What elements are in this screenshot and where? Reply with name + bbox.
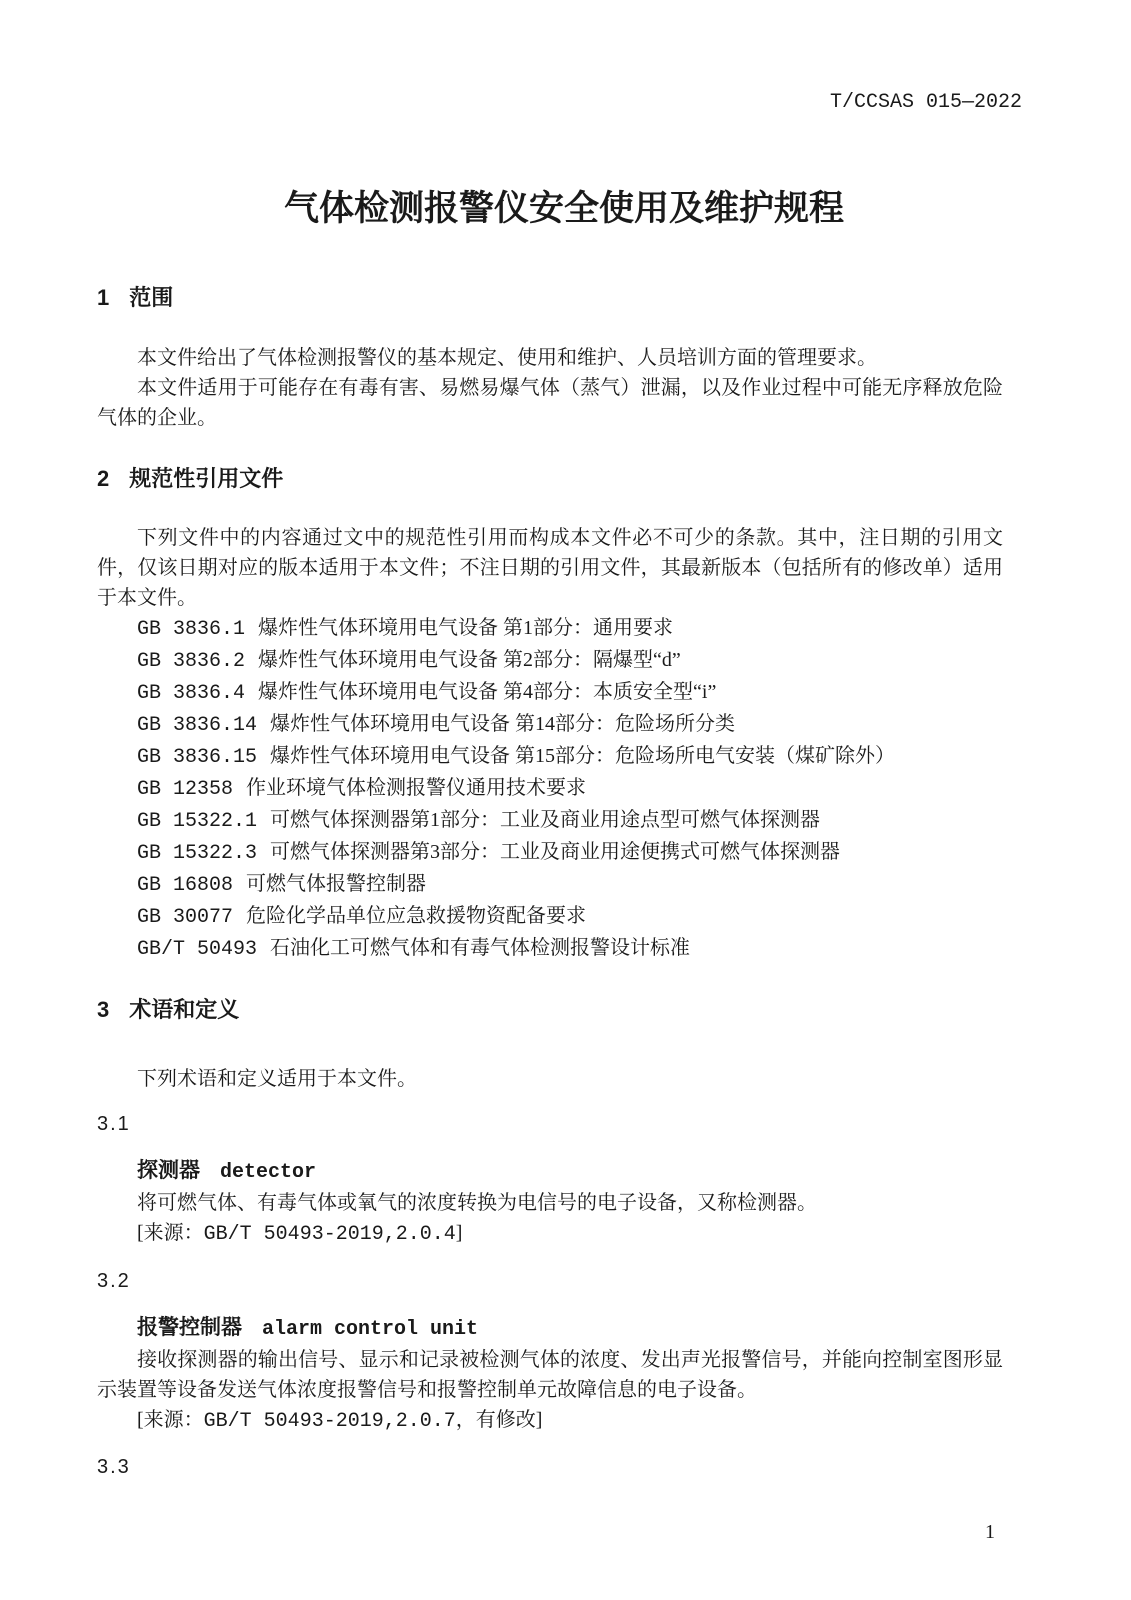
references-list: GB 3836.1爆炸性气体环境用电气设备 第1部分：通用要求 GB 3836.… bbox=[97, 613, 1003, 965]
reference-title: 爆炸性气体环境用电气设备 第4部分：本质安全型“i” bbox=[258, 681, 716, 703]
term-en: detector bbox=[220, 1161, 316, 1184]
reference-code: GB 12358 bbox=[137, 778, 233, 801]
term-definition: 将可燃气体、有毒气体或氧气的浓度转换为电信号的电子设备，又称检测器。 bbox=[97, 1188, 1003, 1218]
document-page: T/CCSAS 015—2022 气体检测报警仪安全使用及维护规程 1范围 本文… bbox=[0, 0, 1131, 1600]
page-number: 1 bbox=[97, 1517, 995, 1547]
reference-code: GB 3836.4 bbox=[137, 682, 245, 705]
term-source: [来源：GB/T 50493-2019,2.0.7，有修改] bbox=[97, 1405, 1003, 1437]
section-heading-normative-references: 2规范性引用文件 bbox=[97, 465, 1003, 493]
section-title: 术语和定义 bbox=[129, 997, 239, 1022]
reference-code: GB 3836.1 bbox=[137, 618, 245, 641]
clause-number: 3.2 bbox=[97, 1266, 1003, 1296]
reference-item: GB 12358作业环境气体检测报警仪通用技术要求 bbox=[97, 773, 1003, 805]
reference-item: GB 3836.14爆炸性气体环境用电气设备 第14部分：危险场所分类 bbox=[97, 709, 1003, 741]
reference-item: GB 3836.4爆炸性气体环境用电气设备 第4部分：本质安全型“i” bbox=[97, 677, 1003, 709]
reference-code: GB/T 50493 bbox=[137, 938, 257, 961]
reference-item: GB 3836.15爆炸性气体环境用电气设备 第15部分：危险场所电气安装（煤矿… bbox=[97, 741, 1003, 773]
reference-title: 可燃气体报警控制器 bbox=[246, 873, 426, 895]
section-heading-scope: 1范围 bbox=[97, 284, 1003, 312]
section-number: 3 bbox=[97, 996, 109, 1024]
reference-item: GB 15322.1可燃气体探测器第1部分：工业及商业用途点型可燃气体探测器 bbox=[97, 805, 1003, 837]
reference-code: GB 15322.1 bbox=[137, 810, 257, 833]
reference-code: GB 30077 bbox=[137, 906, 233, 929]
reference-item: GB 15322.3可燃气体探测器第3部分：工业及商业用途便携式可燃气体探测器 bbox=[97, 837, 1003, 869]
reference-item: GB 3836.1爆炸性气体环境用电气设备 第1部分：通用要求 bbox=[97, 613, 1003, 645]
paragraph: 本文件给出了气体检测报警仪的基本规定、使用和维护、人员培训方面的管理要求。 bbox=[97, 343, 1003, 373]
reference-item: GB 3836.2爆炸性气体环境用电气设备 第2部分：隔爆型“d” bbox=[97, 645, 1003, 677]
reference-item: GB 30077危险化学品单位应急救援物资配备要求 bbox=[97, 901, 1003, 933]
source-reference: GB/T 50493-2019,2.0.4 bbox=[204, 1223, 456, 1246]
terms-section: 3.1 探测器detector 将可燃气体、有毒气体或氧气的浓度转换为电信号的电… bbox=[97, 1109, 1003, 1482]
source-reference: GB/T 50493-2019,2.0.7 bbox=[204, 1410, 456, 1433]
reference-title: 可燃气体探测器第1部分：工业及商业用途点型可燃气体探测器 bbox=[270, 809, 820, 831]
term-en: alarm control unit bbox=[262, 1318, 478, 1341]
reference-code: GB 3836.14 bbox=[137, 714, 257, 737]
term-zh: 报警控制器 bbox=[137, 1316, 242, 1339]
section-number: 1 bbox=[97, 284, 109, 312]
reference-code: GB 3836.2 bbox=[137, 650, 245, 673]
clause-number: 3.1 bbox=[97, 1109, 1003, 1139]
paragraph: 下列术语和定义适用于本文件。 bbox=[97, 1064, 1003, 1094]
reference-code: GB 16808 bbox=[137, 874, 233, 897]
term-line: 探测器detector bbox=[97, 1156, 1003, 1188]
section-number: 2 bbox=[97, 465, 109, 493]
clause-number: 3.3 bbox=[97, 1452, 1003, 1482]
paragraph: 本文件适用于可能存在有毒有害、易燃易爆气体（蒸气）泄漏，以及作业过程中可能无序释… bbox=[97, 373, 1003, 433]
term-line: 报警控制器alarm control unit bbox=[97, 1313, 1003, 1345]
reference-title: 爆炸性气体环境用电气设备 第14部分：危险场所分类 bbox=[270, 713, 735, 735]
reference-title: 爆炸性气体环境用电气设备 第1部分：通用要求 bbox=[258, 617, 673, 639]
paragraph: 下列文件中的内容通过文中的规范性引用而构成本文件必不可少的条款。其中，注日期的引… bbox=[97, 523, 1003, 613]
reference-title: 石油化工可燃气体和有毒气体检测报警设计标准 bbox=[270, 937, 690, 959]
section-title: 范围 bbox=[129, 285, 173, 310]
term-source: [来源：GB/T 50493-2019,2.0.4] bbox=[97, 1218, 1003, 1250]
section-heading-terms: 3术语和定义 bbox=[97, 996, 1003, 1024]
term-definition: 接收探测器的输出信号、显示和记录被检测气体的浓度、发出声光报警信号，并能向控制室… bbox=[97, 1345, 1003, 1405]
reference-code: GB 3836.15 bbox=[137, 746, 257, 769]
reference-title: 爆炸性气体环境用电气设备 第2部分：隔爆型“d” bbox=[258, 649, 681, 671]
reference-code: GB 15322.3 bbox=[137, 842, 257, 865]
doc-number: T/CCSAS 015—2022 bbox=[97, 0, 1022, 116]
section-title: 规范性引用文件 bbox=[129, 466, 283, 491]
term-zh: 探测器 bbox=[137, 1159, 200, 1182]
reference-title: 可燃气体探测器第3部分：工业及商业用途便携式可燃气体探测器 bbox=[270, 841, 840, 863]
reference-title: 作业环境气体检测报警仪通用技术要求 bbox=[246, 777, 586, 799]
reference-title: 危险化学品单位应急救援物资配备要求 bbox=[246, 905, 586, 927]
reference-item: GB 16808可燃气体报警控制器 bbox=[97, 869, 1003, 901]
reference-title: 爆炸性气体环境用电气设备 第15部分：危险场所电气安装（煤矿除外） bbox=[270, 745, 895, 767]
reference-item: GB/T 50493石油化工可燃气体和有毒气体检测报警设计标准 bbox=[97, 933, 1003, 965]
document-title: 气体检测报警仪安全使用及维护规程 bbox=[111, 186, 1017, 232]
